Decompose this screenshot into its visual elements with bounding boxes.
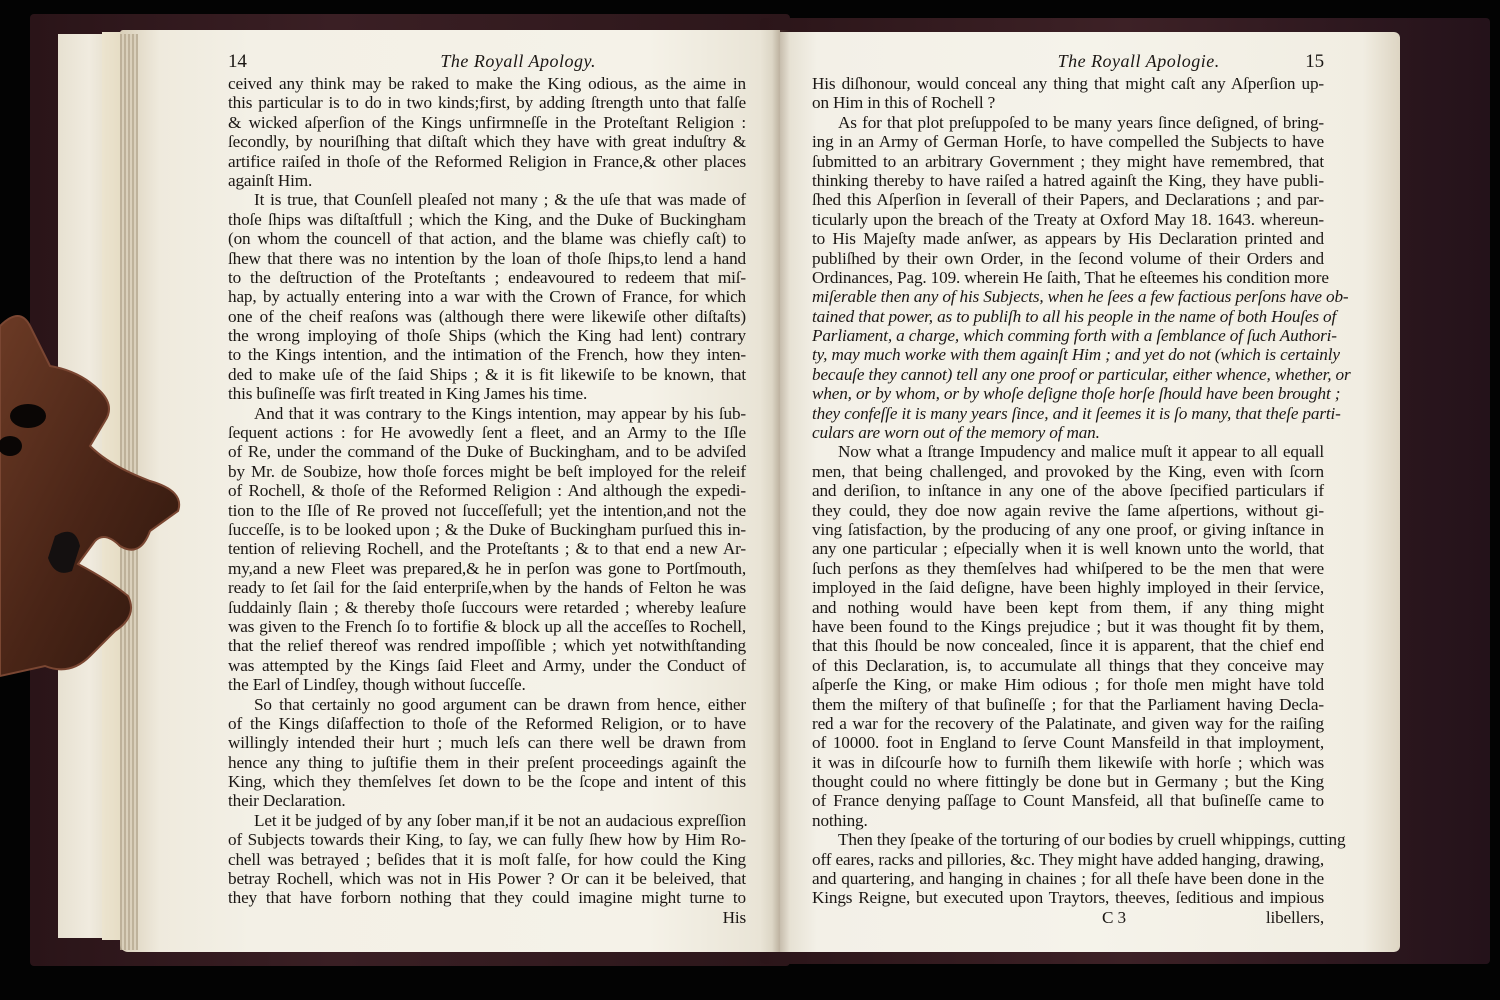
text-line: willingly intended their hurt ; much leſ… (228, 733, 746, 752)
text-line: ready to ſet ſail for the ſaid enterpriſ… (228, 578, 746, 597)
metal-clasp-ornament (0, 296, 190, 686)
text-line: to His Majeſty made anſwer, as appears b… (812, 229, 1324, 248)
text-line: the Earl of Lindſey, though without ſucc… (228, 675, 746, 694)
text-line: off eares, racks and pillories, &c. They… (812, 850, 1324, 869)
text-line: ty, may much worke with them againſt Him… (812, 345, 1324, 364)
signature-line: C 3 libellers, (812, 908, 1324, 927)
text-line: ing in an Army of German Horſe, to have … (812, 132, 1324, 151)
text-line: to the deſtruction of the Proteſtants ; … (228, 268, 746, 287)
text-line: any one particular ; eſpecially when it … (812, 539, 1324, 558)
text-line: ceived any think may be raked to make th… (228, 74, 746, 93)
text-line: So that certainly no good argument can b… (228, 695, 746, 714)
text-line: culars are worn out of the memory of man… (812, 423, 1324, 442)
text-line: betray Rochell, which was not in His Pow… (228, 869, 746, 888)
text-line: As for that plot preſuppoſed to be many … (812, 113, 1324, 132)
text-line: ving ſatisfaction, by the producing of a… (812, 520, 1324, 539)
text-line: Let it be judged of by any ſober man,if … (228, 811, 746, 830)
text-line: by Mr. de Soubize, how thoſe forces migh… (228, 462, 746, 481)
text-line: imployed in the ſaid deſigne, have been … (812, 578, 1324, 597)
text-line: againſt Him. (228, 171, 746, 190)
catchword: His (228, 908, 746, 927)
text-line: Kings Reigne, but executed upon Traytors… (812, 888, 1324, 907)
text-line: ſuddainly ſlain ; & thereby thoſe ſuccou… (228, 598, 746, 617)
text-line: hap, by actually entering into a war wit… (228, 287, 746, 306)
text-line: Ordinances, Pag. 109. wherein He ſaith, … (812, 268, 1324, 287)
text-line: publiſhed by their own Order, in the ſec… (812, 249, 1324, 268)
text-line: thoſe ſhips was diſtaſtfull ; which the … (228, 210, 746, 229)
text-line: of Rochell, & thoſe of the Reformed Reli… (228, 481, 746, 500)
book-gutter (772, 30, 790, 952)
text-line: tained that power, as to publiſh to all … (812, 307, 1324, 326)
text-line: it was in diſcourſe how to furniſh them … (812, 753, 1324, 772)
page-number: 15 (1305, 52, 1324, 71)
text-line: ſecondly, by nouriſhing that diſtaſt whi… (228, 132, 746, 151)
text-line: nothing. (812, 811, 1324, 830)
text-line: of this Declaration, is, to accumulate a… (812, 656, 1324, 675)
text-line: that this ſhould be now concealed, ſince… (812, 636, 1324, 655)
text-line: ſubmitted to an arbitrary Government ; t… (812, 152, 1324, 171)
text-line: they could, they doe now again revive th… (812, 501, 1324, 520)
text-line: And that it was contrary to the Kings in… (228, 404, 746, 423)
text-line: red a war for the recovery of the Palati… (812, 714, 1324, 733)
text-line: hence any thing to juſtifie them in thei… (228, 753, 746, 772)
page-number: 14 (228, 52, 247, 71)
text-line: my,and a new Fleet was prepared,& he in … (228, 559, 746, 578)
text-line: King, which they themſelves ſet down to … (228, 772, 746, 791)
text-line: thinking thereby to have raiſed a hatred… (812, 171, 1324, 190)
text-line: ſucceſſe, is to be looked upon ; & the D… (228, 520, 746, 539)
text-line: artifice raiſed in thoſe of the Reformed… (228, 152, 746, 171)
text-line: Now what a ſtrange Impudency and malice … (812, 442, 1324, 461)
text-line: was given to the French ſo to fortifie &… (228, 617, 746, 636)
text-line: ſhew that there was no intention by the … (228, 249, 746, 268)
text-line: (on whom the councell of that action, an… (228, 229, 746, 248)
right-page-text: The Royall Apologie. 15 His diſhonour, w… (812, 52, 1324, 927)
text-line: and quartering, and hanging in chaines ;… (812, 869, 1324, 888)
text-line: of Subjects towards their King, to ſay, … (228, 830, 746, 849)
running-head-title: The Royall Apologie. (1058, 52, 1220, 71)
text-line: of Re, under the command of the Duke of … (228, 442, 746, 461)
text-line: when, or by whom, or by whoſe deſigne th… (812, 384, 1324, 403)
text-line: men, that being challenged, and provoked… (812, 462, 1324, 481)
text-line: that the relief thereof was rendred impo… (228, 636, 746, 655)
text-line: & wicked aſperſion of the Kings unfirmne… (228, 113, 746, 132)
left-running-head: 14 The Royall Apology. (228, 52, 746, 74)
text-line: this particular is to do in two kinds;fi… (228, 93, 746, 112)
text-line: and nothing would have been kept from th… (812, 598, 1324, 617)
text-line: ded to make uſe of the ſaid Ships ; & it… (228, 365, 746, 384)
text-line: they confeſſe it is many years ſince, an… (812, 404, 1324, 423)
text-line: of France denying paſſage to Count Mansf… (812, 791, 1324, 810)
signature-mark: C 3 (1102, 908, 1126, 927)
text-line: ticularly upon the breach of the Treaty … (812, 210, 1324, 229)
running-head-title: The Royall Apology. (440, 52, 596, 71)
text-line: His diſhonour, would conceal any thing t… (812, 74, 1324, 93)
right-body-text: His diſhonour, would conceal any thing t… (812, 74, 1324, 908)
text-line: was attempted by the Kings ſaid Fleet an… (228, 656, 746, 675)
text-line: becauſe they cannot) tell any one proof … (812, 365, 1324, 384)
right-running-head: The Royall Apologie. 15 (812, 52, 1324, 74)
text-line: tion to the Iſle of Re proved not ſucceſ… (228, 501, 746, 520)
text-line: ſhed this Aſperſion in ſeverall of their… (812, 190, 1324, 209)
text-line: ſuch perſons as they themſelves had whiſ… (812, 559, 1324, 578)
text-line: the wrong imploying of thoſe Ships (whic… (228, 326, 746, 345)
text-line: of the Kings diſaffection to thoſe of th… (228, 714, 746, 733)
text-line: ſequent actions : for He avowedly ſent a… (228, 423, 746, 442)
text-line: Parliament, a charge, which comming fort… (812, 326, 1324, 345)
text-line: one of the cheif reaſons was (although t… (228, 307, 746, 326)
text-line: thought could no where fittingly be done… (812, 772, 1324, 791)
text-line: aſperſe the King, or make Him odious ; f… (812, 675, 1324, 694)
text-line: of 10000. foot in England to ſerve Count… (812, 733, 1324, 752)
text-line: have been found to the Kings prejudice ;… (812, 617, 1324, 636)
text-line: It is true, that Counſell pleaſed not ma… (228, 190, 746, 209)
text-line: this buſineſſe was firſt treated in King… (228, 384, 746, 403)
text-line: and deriſion, to inſtance in any one of … (812, 481, 1324, 500)
catchword: libellers, (1266, 908, 1324, 927)
text-line: them the miſtery of that buſineſſe ; for… (812, 695, 1324, 714)
text-line: miſerable then any of his Subjects, when… (812, 287, 1324, 306)
text-line: their Declaration. (228, 791, 746, 810)
text-line: on Him in this of Rochell ? (812, 93, 1324, 112)
left-page-text: 14 The Royall Apology. ceived any think … (228, 52, 746, 927)
text-line: they that have forborn nothing that they… (228, 888, 746, 907)
text-line: Then they ſpeake of the torturing of our… (812, 830, 1324, 849)
text-line: to the Kings intention, and the intimati… (228, 345, 746, 364)
text-line: chell was betrayed ; beſides that it is … (228, 850, 746, 869)
left-body-text: ceived any think may be raked to make th… (228, 74, 746, 908)
text-line: tention of relieving Rochell, and the Pr… (228, 539, 746, 558)
